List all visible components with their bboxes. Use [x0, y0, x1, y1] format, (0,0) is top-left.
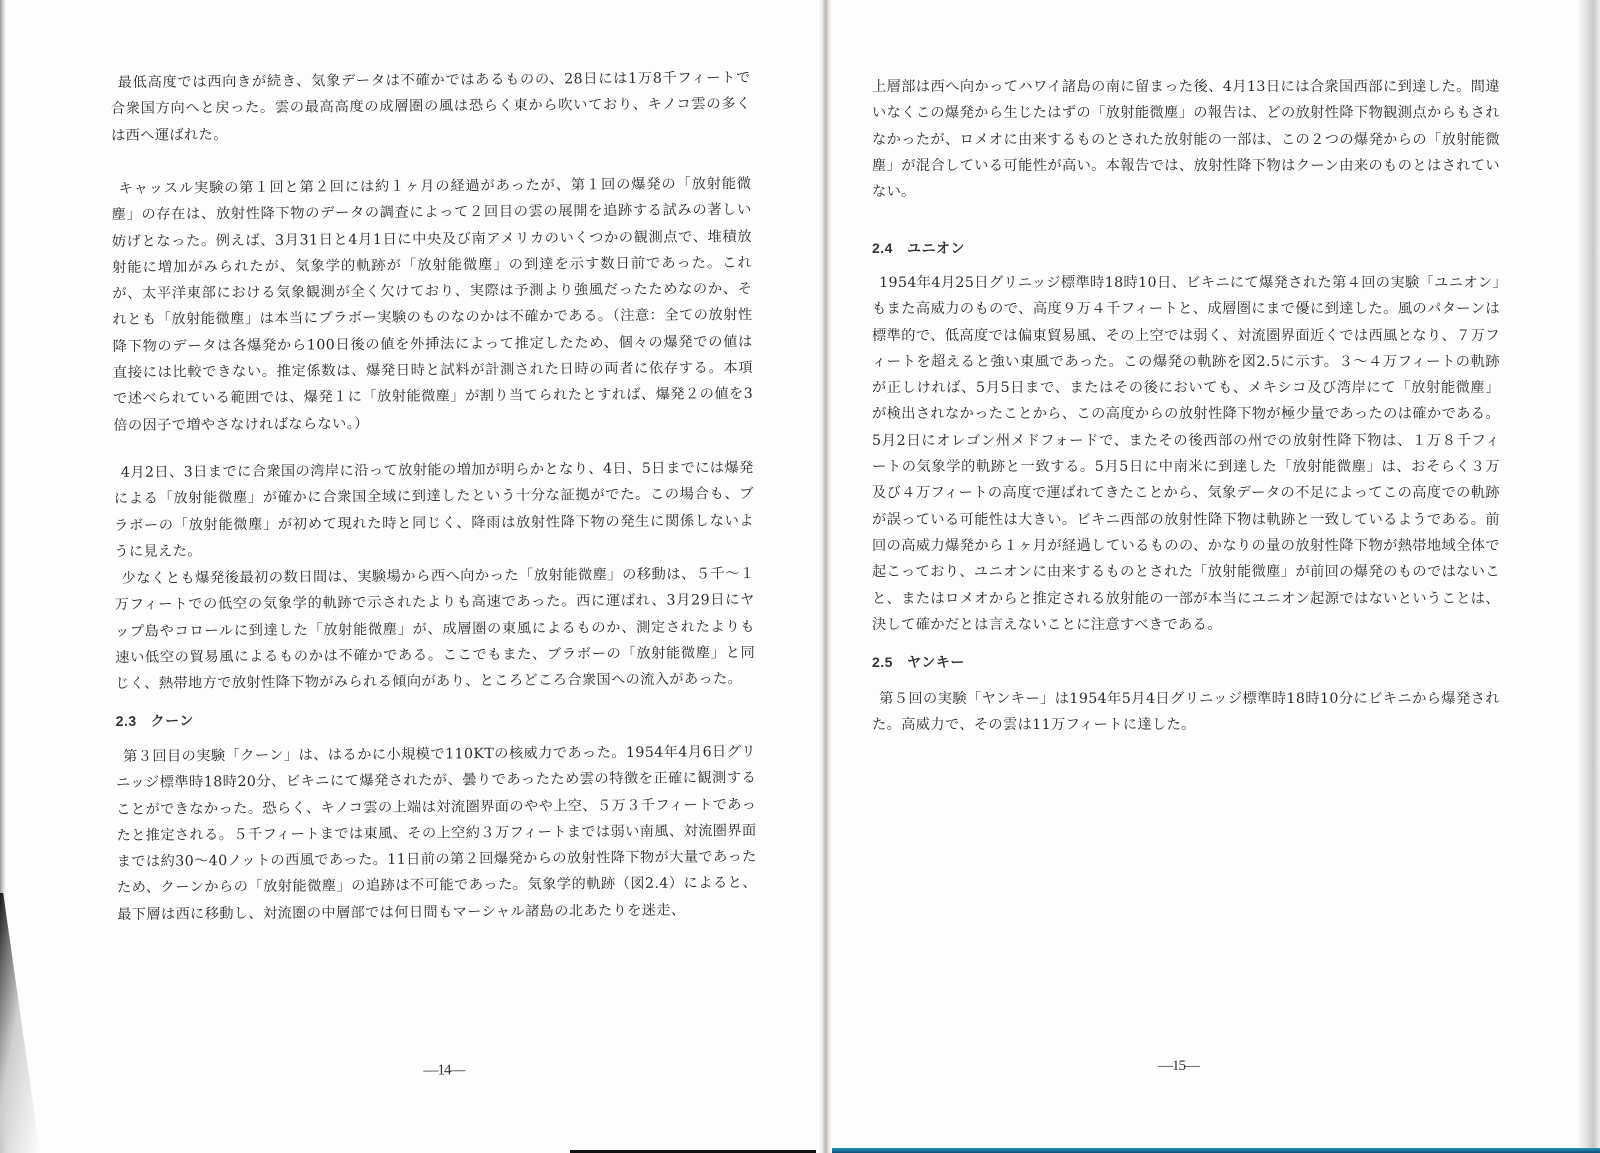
paragraph-us-gulf-radioactivity: 4月2日、3日までに合衆国の湾岸に沿って放射能の増加が明らかとなり、4日、5日ま…: [114, 455, 755, 565]
paragraph-yankee-test: 第５回の実験「ヤンキー」は1954年5月4日グリニッジ標準時18時10分にビキニ…: [872, 686, 1500, 739]
page-15: 上層部は西へ向かってハワイ諸島の南に留まった後、4月13日には合衆国西部に到達し…: [872, 0, 1500, 1153]
page-14: 最低高度では西向きが続き、気象データは不確かではあるものの、28日には1万8千フ…: [110, 0, 759, 1153]
section-number: 2.4: [872, 240, 893, 256]
paragraph-castle-test-interval: キャッスル実験の第１回と第２回には約１ヶ月の経過があったが、第１回の爆発の「放射…: [111, 171, 753, 439]
section-heading-2-4: 2.4ユニオン: [872, 238, 965, 258]
book-spine: [818, 0, 832, 1153]
paragraph-union-test: 1954年4月25日グリニッジ標準時18時10日、ビキニにて爆発された第４回の実…: [872, 270, 1500, 638]
scan-edge-shadow: [0, 893, 40, 1153]
section-heading-2-5: 2.5ヤンキー: [872, 652, 965, 672]
section-number: 2.5: [872, 654, 893, 670]
section-heading-2-3: 2.3クーン: [116, 710, 194, 731]
book-spread: 最低高度では西向きが続き、気象データは不確かではあるものの、28日には1万8千フ…: [0, 0, 1600, 1153]
page-number-14: —14—: [423, 1062, 464, 1079]
section-title: クーン: [151, 712, 194, 728]
section-title: ユニオン: [907, 240, 965, 256]
section-title: ヤンキー: [907, 654, 965, 670]
scan-edge-right: [1578, 0, 1600, 1153]
section-number: 2.3: [116, 713, 137, 729]
paragraph-koon-test: 第３回目の実験「クーン」は、はるかに小規模で110KTの核威力であった。1954…: [116, 739, 757, 928]
page-number-15: —15—: [1158, 1058, 1199, 1075]
paragraph-weather-continuation: 最低高度では西向きが続き、気象データは不確かではあるものの、28日には1万8千フ…: [111, 65, 752, 149]
paragraph-westward-debris: 少なくとも爆発後最初の数日間は、実験場から西へ向かった「放射能微塵」の移動は、５…: [114, 561, 755, 698]
paragraph-koon-continuation: 上層部は西へ向かってハワイ諸島の南に留まった後、4月13日には合衆国西部に到達し…: [872, 74, 1500, 205]
